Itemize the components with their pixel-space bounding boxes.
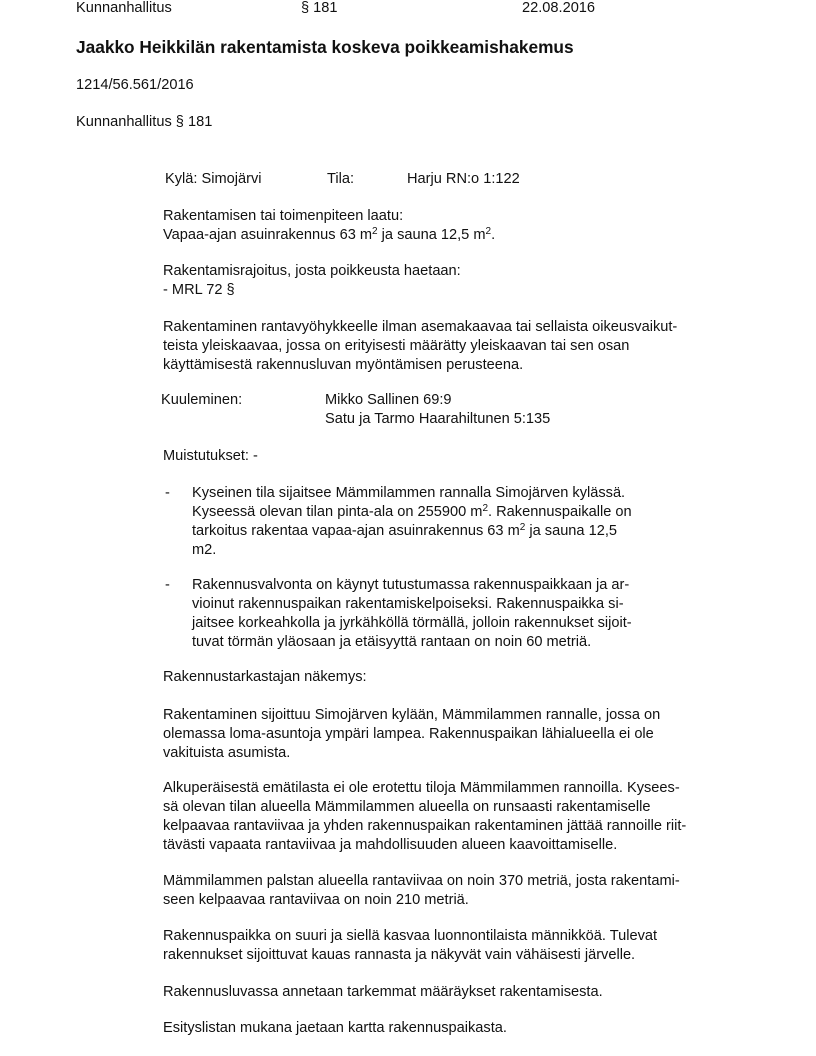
restriction-label: Rakentamisrajoitus, josta poikkeusta hae… <box>163 262 763 281</box>
inspector-paragraph: Alkuperäisestä emätilasta ei ole erotett… <box>163 779 763 855</box>
document-title: Jaakko Heikkilän rakentamista koskeva po… <box>76 37 574 58</box>
reference-number: 1214/56.561/2016 <box>76 76 194 95</box>
inspector-paragraph: Esityslistan mukana jaetaan kartta raken… <box>163 1019 763 1038</box>
hearing-parties: Mikko Sallinen 69:9 Satu ja Tarmo Haarah… <box>325 391 550 429</box>
village-label: Kylä: Simojärvi <box>165 170 262 189</box>
header-section: § 181 <box>301 0 338 18</box>
hearing-party: Mikko Sallinen 69:9 <box>325 391 550 410</box>
construction-type-label: Rakentamisen tai toimenpiteen laatu: <box>163 207 763 226</box>
hearing-party: Satu ja Tarmo Haarahiltunen 5:135 <box>325 410 550 429</box>
remarks: Muistutukset: - <box>163 447 258 466</box>
restriction-description: Rakentaminen rantavyöhykkeelle ilman ase… <box>163 318 763 375</box>
restriction-value: - MRL 72 § <box>163 281 763 300</box>
restriction: Rakentamisrajoitus, josta poikkeusta hae… <box>163 262 763 300</box>
estate-value: Harju RN:o 1:122 <box>407 170 520 189</box>
estate-label: Tila: <box>327 170 354 189</box>
header-body: Kunnanhallitus <box>76 0 172 18</box>
bullet-dash: - <box>165 484 170 503</box>
header-date: 22.08.2016 <box>522 0 595 18</box>
construction-type: Rakentamisen tai toimenpiteen laatu: Vap… <box>163 207 763 245</box>
hearing-label: Kuuleminen: <box>161 391 242 410</box>
inspector-paragraph: Mämmilammen palstan alueella rantaviivaa… <box>163 872 763 910</box>
section-reference: Kunnanhallitus § 181 <box>76 113 212 132</box>
construction-type-value: Vapaa-ajan asuinrakennus 63 m2 ja sauna … <box>163 226 763 245</box>
bullet-item: Kyseinen tila sijaitsee Mämmilammen rann… <box>192 484 632 560</box>
inspector-paragraph: Rakennuspaikka on suuri ja siellä kasvaa… <box>163 927 763 965</box>
bullet-item: Rakennusvalvonta on käynyt tutustumassa … <box>192 576 632 652</box>
inspector-paragraph: Rakennusluvassa annetaan tarkemmat määrä… <box>163 983 763 1002</box>
inspector-paragraph: Rakentaminen sijoittuu Simojärven kylään… <box>163 706 763 763</box>
bullet-dash: - <box>165 576 170 595</box>
inspector-view-heading: Rakennustarkastajan näkemys: <box>163 668 367 687</box>
